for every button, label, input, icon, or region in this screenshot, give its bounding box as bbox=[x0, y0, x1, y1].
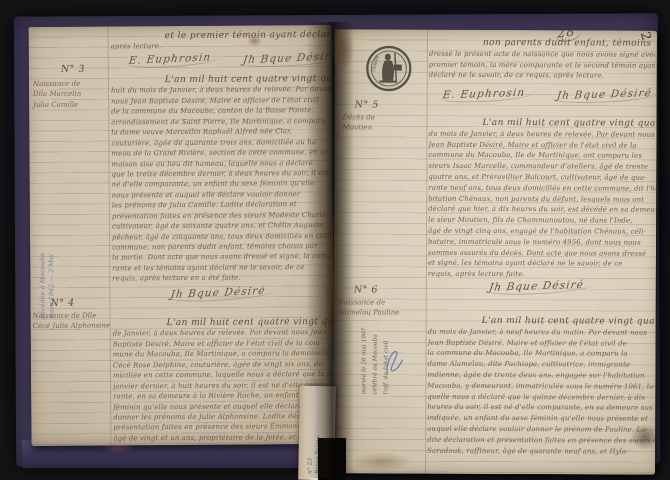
revenue-stamp-icon: TIMBRE bbox=[365, 44, 413, 92]
margin-title-line: Moutien bbox=[343, 123, 427, 134]
officer-signature: Jh Bque Désiré bbox=[552, 87, 657, 104]
marginal-death-annotation: décédée à Macoubamars 1942 — 2 Mai bbox=[38, 167, 57, 319]
annotation-line: mariée le 26 mai 1907 bbox=[359, 322, 370, 394]
handwritten-line: dressé le présent acte de naissance que … bbox=[429, 49, 655, 61]
register-scan: et le premier témoin ayant déclaré ne le… bbox=[0, 0, 670, 480]
act-continuation-text: non parents dudit enfant, témoins choisi… bbox=[429, 38, 655, 82]
handwritten-line: bataire, immatriculé sous le numéro 4956… bbox=[428, 236, 656, 248]
margin-title-line: Dlle Marcelin bbox=[33, 89, 111, 100]
act-body-text: L'an mil huit cent quatre vingt quatre e… bbox=[427, 316, 657, 457]
handwritten-line: rante et les témoins ayant déclaré ne le… bbox=[112, 262, 332, 274]
signature-row: Jh Bque Désiré bbox=[112, 286, 330, 302]
handwritten-line: nous présente et auquel elle déclare vou… bbox=[112, 189, 332, 201]
blue-paraph-flourish bbox=[383, 348, 405, 378]
handwritten-line: auquel elle déclare vouloir donner le pr… bbox=[427, 424, 656, 436]
act-number: N° 6 bbox=[354, 284, 378, 295]
witness-signature: E. Euphrosin bbox=[438, 86, 536, 103]
handwritten-line: arrondissement de Saint Pierre, Ile Mart… bbox=[111, 116, 331, 128]
handwritten-line: requis, après lecture en a été faite. bbox=[112, 272, 332, 284]
left-page: et le premier témoin ayant déclaré ne le… bbox=[29, 25, 335, 446]
binding-gap bbox=[318, 438, 346, 480]
margin-title-line: Naissance de Dlle bbox=[33, 310, 123, 321]
act-continuation-text: et le premier témoin ayant déclaré ne le… bbox=[111, 30, 330, 52]
handwritten-line: et le premier témoin ayant déclaré ne le… bbox=[111, 30, 330, 42]
signature-row: E. Euphrosin Jh Bque Désiré bbox=[125, 52, 335, 67]
handwritten-line: du mois de Janvier, à deux heures de rel… bbox=[428, 129, 656, 141]
officer-signature: Jh Bque Désiré bbox=[166, 284, 277, 303]
signature-row: E. Euphrosin Jh Bque Désiré bbox=[439, 88, 653, 103]
handwritten-line: déclaré ne le savoir, de ce requis, aprè… bbox=[429, 70, 655, 82]
act-number: N° 4 bbox=[50, 298, 74, 309]
handwritten-line: âgé de vingt cinq ans, engagé de l'habit… bbox=[428, 226, 656, 238]
act-margin-title: Naissance de DlleCécé Julie Alphonsine bbox=[33, 310, 123, 332]
margin-title-line: Julia Camille bbox=[33, 99, 111, 110]
act-body-text: L'an mil huit cent quatre vingt quatre e… bbox=[428, 118, 657, 281]
act-number: N° 5 bbox=[355, 99, 379, 110]
right-page: 2 28 non parents dudit enfant, témoins c… bbox=[333, 29, 657, 474]
handwritten-line: rante neuf ans, tous deux domiciliés en … bbox=[428, 182, 656, 194]
margin-title-line: Naissance de bbox=[33, 78, 111, 89]
act-margin-title: Naissance deDlle MarcelinJulia Camille bbox=[33, 78, 111, 110]
witness-signature: E. Euphrosin bbox=[124, 51, 222, 69]
officer-signature: Jh Bque Désiré bbox=[484, 278, 595, 295]
annotation-line: célébré au Macouba bbox=[370, 322, 381, 394]
margin-title-line: Cécé Julie Alphonsine bbox=[33, 321, 123, 332]
act-body-text: L'an mil huit cent quatre vingt quatre e… bbox=[111, 74, 332, 284]
annotation-line: mars 1942 — 2 Mai bbox=[47, 167, 57, 319]
act-number: N° 3 bbox=[61, 64, 85, 75]
handwritten-line: Macouba, y demeurant, immatriculée sous … bbox=[427, 380, 656, 392]
margin-title-line: Alamelou Pauline bbox=[338, 308, 426, 319]
handwritten-line: dite déclaration et présentation faites … bbox=[427, 434, 656, 446]
handwritten-line: du mois de Janvier, à neuf heures du mat… bbox=[428, 327, 657, 339]
margin-title-line: Naissance de bbox=[338, 297, 426, 308]
act-margin-title: Décès deMoutien bbox=[343, 112, 427, 133]
handwritten-line: quatre ans, et Préravillier Balcourt, cu… bbox=[428, 172, 656, 184]
act-margin-title: Naissance deAlamelou Pauline bbox=[338, 297, 426, 318]
handwritten-line: Saradouk, raffineur, âgé de quarante neu… bbox=[427, 445, 656, 457]
signature-row: Jh Bque Désiré bbox=[428, 280, 652, 295]
officer-signature: Jh Bque Désiré bbox=[238, 50, 334, 69]
margin-title-line: Décès de bbox=[343, 112, 427, 123]
handwritten-line: indienne, âgée de trente deux ans, engag… bbox=[427, 370, 656, 382]
